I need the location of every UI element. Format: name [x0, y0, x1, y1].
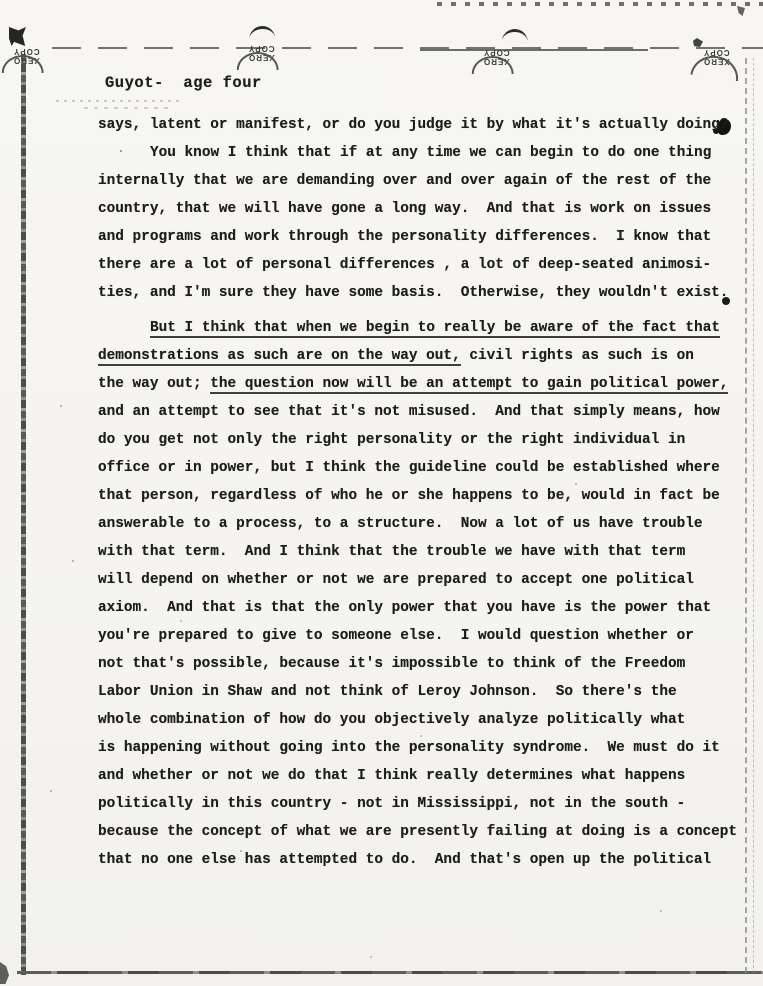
text-segment: and programs and work through the person… — [98, 229, 711, 245]
xero-copy-stamp: XERO COPY — [13, 47, 40, 65]
underlined-text-segment: demonstrations as such are on the way ou… — [98, 348, 461, 366]
text-segment: the way out; — [98, 376, 210, 392]
underlined-text-segment: But I think that when we begin to really… — [150, 320, 720, 338]
ink-blot-mark — [0, 962, 9, 984]
page-title: Guyot- age four — [105, 74, 262, 92]
text-segment: ties, and I'm sure they have some basis.… — [98, 285, 728, 301]
text-segment: country, that we will have gone a long w… — [98, 201, 711, 217]
right-dashed-edge-line-2 — [753, 58, 754, 973]
scan-fold-line — [52, 47, 763, 49]
xero-copy-stamp: XERO COPY — [248, 44, 275, 62]
text-line: there are a lot of personal differences … — [98, 251, 750, 279]
text-segment: is happening without going into the pers… — [98, 740, 720, 756]
text-segment: that no one else has attempted to do. An… — [98, 852, 711, 868]
text-segment: that person, regardless of who he or she… — [98, 488, 720, 504]
text-segment: whole combination of how do you objectiv… — [98, 712, 685, 728]
text-line: office or in power, but I think the guid… — [98, 454, 750, 482]
text-segment: axiom. And that is that the only power t… — [98, 600, 711, 616]
text-line: is happening without going into the pers… — [98, 734, 750, 762]
text-line: with that term. And I think that the tro… — [98, 538, 750, 566]
ink-blot-mark — [737, 6, 745, 16]
text-line: that person, regardless of who he or she… — [98, 482, 750, 510]
text-line: politically in this country - not in Mis… — [98, 790, 750, 818]
staple-arc-mark — [249, 25, 276, 39]
text-line: do you get not only the right personalit… — [98, 426, 750, 454]
text-line: axiom. And that is that the only power t… — [98, 594, 750, 622]
text-line: whole combination of how do you objectiv… — [98, 706, 750, 734]
ink-blot-mark — [693, 38, 703, 47]
scan-fold-line-dark-segment — [420, 49, 648, 51]
text-segment: You know I think that if at any time we … — [150, 145, 711, 161]
text-segment: you're prepared to give to someone else.… — [98, 628, 694, 644]
staple-arc-mark — [502, 29, 528, 43]
text-line: demonstrations as such are on the way ou… — [98, 342, 750, 370]
text-line: will depend on whether or not we are pre… — [98, 566, 750, 594]
top-dotted-edge — [437, 2, 763, 6]
text-line: Labor Union in Shaw and not think of Ler… — [98, 678, 750, 706]
text-segment: with that term. And I think that the tro… — [98, 544, 685, 560]
scanned-document-page: XERO COPY XERO COPY XERO COPY XERO COPY … — [0, 0, 763, 986]
illegible-faint-marks — [56, 99, 184, 110]
text-line: not that's possible, because it's imposs… — [98, 650, 750, 678]
text-line: ties, and I'm sure they have some basis.… — [98, 279, 750, 307]
text-line: You know I think that if at any time we … — [98, 139, 750, 167]
text-line: says, latent or manifest, or do you judg… — [98, 111, 750, 139]
text-line: country, that we will have gone a long w… — [98, 195, 750, 223]
text-segment: answerable to a process, to a structure.… — [98, 516, 703, 532]
xero-copy-stamp: XERO COPY — [483, 48, 510, 66]
text-segment: do you get not only the right personalit… — [98, 432, 685, 448]
text-segment: and an attempt to see that it's not misu… — [98, 404, 720, 420]
text-line: and programs and work through the person… — [98, 223, 750, 251]
left-page-edge — [21, 54, 26, 975]
text-line: the way out; the question now will be an… — [98, 370, 750, 398]
text-line: But I think that when we begin to really… — [98, 314, 750, 342]
text-segment: civil rights as such is on — [461, 348, 694, 364]
text-segment: office or in power, but I think the guid… — [98, 460, 720, 476]
xero-copy-stamp: XERO COPY — [703, 48, 730, 66]
ink-blot-mark — [9, 27, 26, 46]
text-segment: not that's possible, because it's imposs… — [98, 656, 685, 672]
text-segment: there are a lot of personal differences … — [98, 257, 711, 273]
text-segment: will depend on whether or not we are pre… — [98, 572, 694, 588]
text-segment: because the concept of what we are prese… — [98, 824, 737, 840]
text-segment: says, latent or manifest, or do you judg… — [98, 117, 728, 133]
underlined-text-segment: the question now will be an attempt to g… — [210, 376, 728, 394]
text-line: that no one else has attempted to do. An… — [98, 846, 750, 874]
text-line: because the concept of what we are prese… — [98, 818, 750, 846]
bottom-page-edge — [17, 971, 763, 974]
text-line: and whether or not we do that I think re… — [98, 762, 750, 790]
stamp-arc — [690, 53, 741, 81]
text-segment: politically in this country - not in Mis… — [98, 796, 685, 812]
text-line: internally that we are demanding over an… — [98, 167, 750, 195]
text-segment: internally that we are demanding over an… — [98, 173, 711, 189]
text-line: you're prepared to give to someone else.… — [98, 622, 750, 650]
text-segment: Labor Union in Shaw and not think of Ler… — [98, 684, 677, 700]
text-segment: and whether or not we do that I think re… — [98, 768, 685, 784]
text-line: answerable to a process, to a structure.… — [98, 510, 750, 538]
text-line: and an attempt to see that it's not misu… — [98, 398, 750, 426]
document-body: says, latent or manifest, or do you judg… — [98, 111, 750, 874]
